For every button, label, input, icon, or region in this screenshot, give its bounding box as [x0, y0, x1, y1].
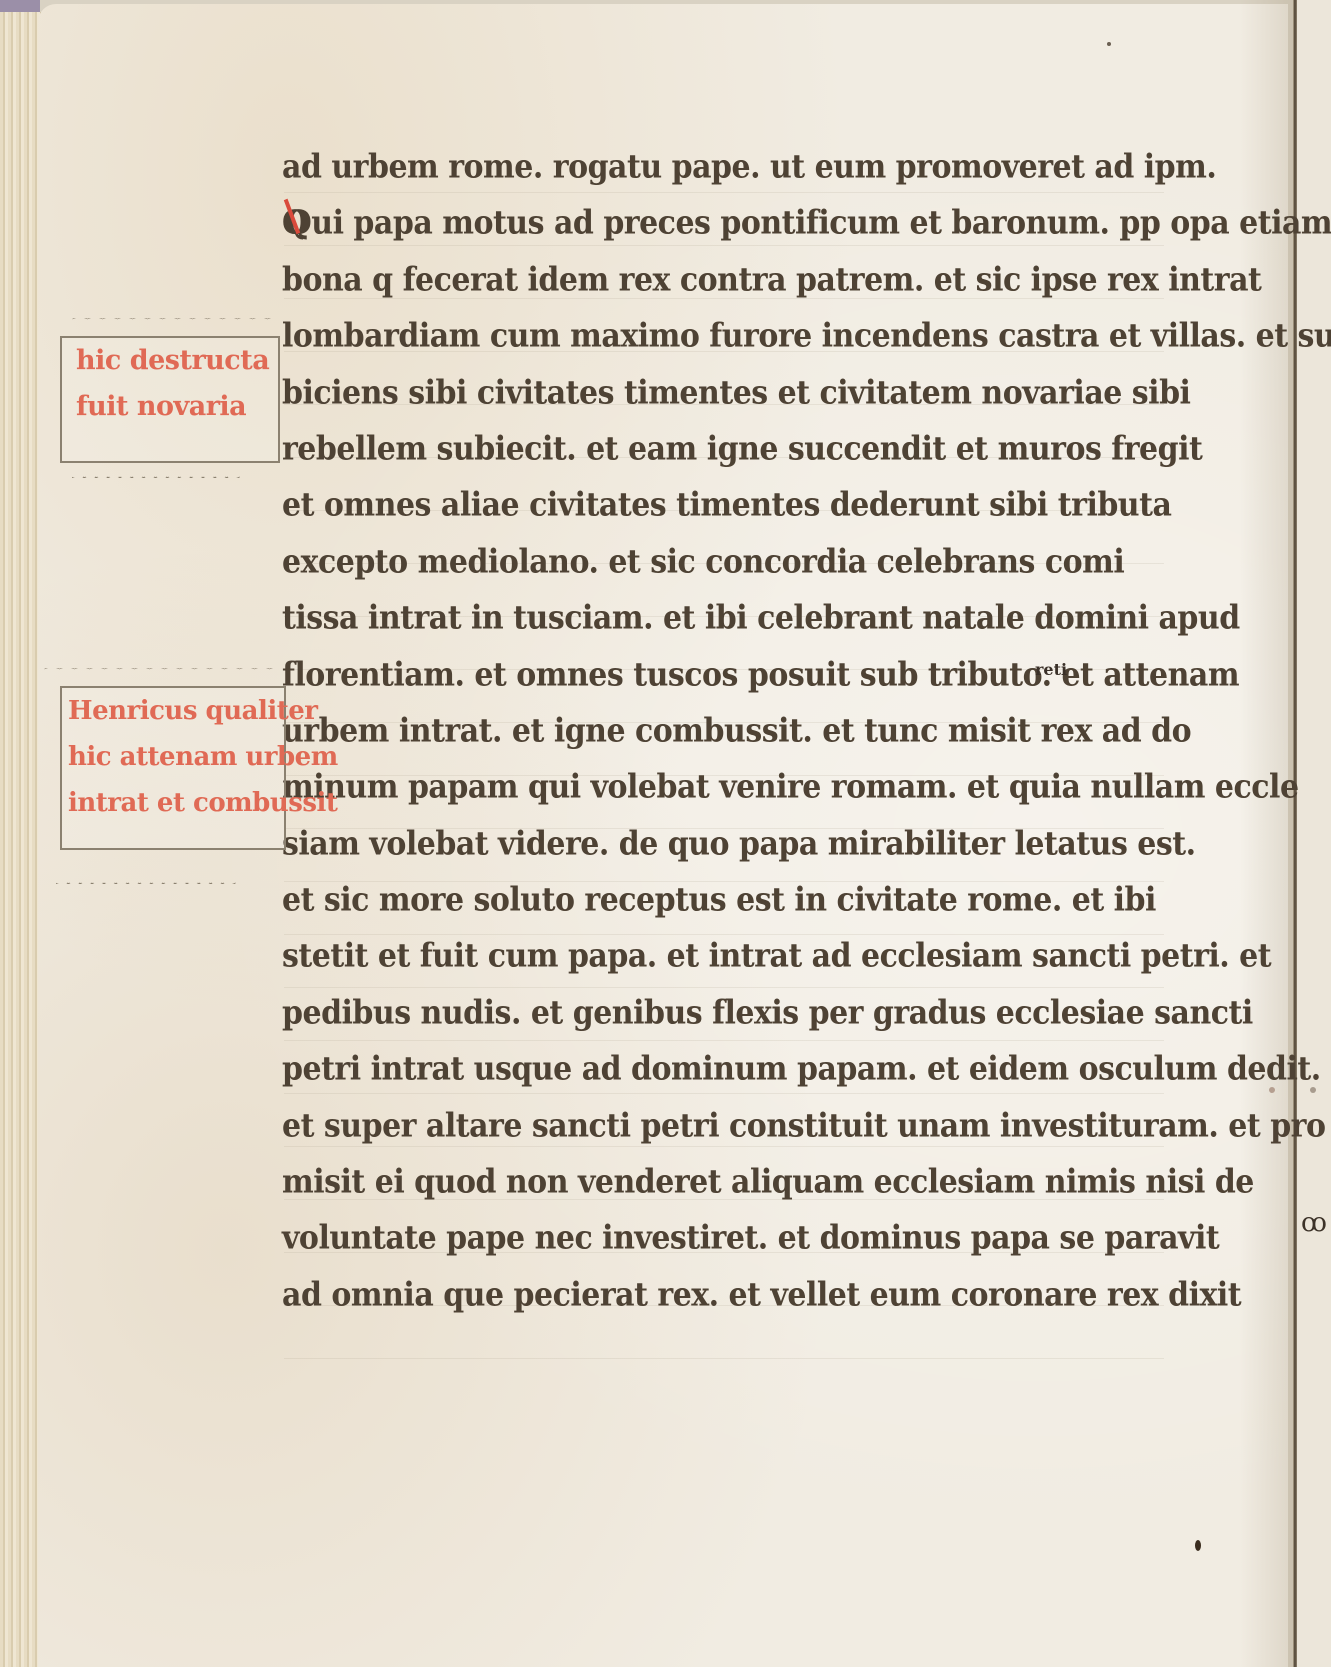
- text-line: minum papam qui volebat venire romam. et…: [282, 758, 1182, 819]
- ink-spot: [1195, 1540, 1201, 1551]
- interlinear-gloss: reti: [1035, 660, 1067, 679]
- text-line: excepto mediolano. et sic concordia cele…: [282, 532, 1182, 593]
- text-line: petri intrat usque ad dominum papam. et …: [282, 1040, 1182, 1101]
- decorative-scallop-border: ⌒⌒⌒⌒⌒⌒⌒⌒⌒⌒⌒⌒⌒⌒⌒⌒: [44, 668, 274, 682]
- marginal-rubric-box: Henricus qualiter hic attenam urbem intr…: [60, 686, 286, 850]
- page-stack-edge: [0, 12, 41, 1667]
- text-line: tissa intrat in tusciam. et ibi celebran…: [282, 589, 1182, 650]
- text-line: rebellem subiecit. et eam igne succendit…: [282, 420, 1182, 481]
- rubric-text-line: hic destructa: [62, 338, 278, 384]
- text-line: pedibus nudis. et genibus flexis per gra…: [282, 984, 1182, 1045]
- text-line: ad omnia que pecierat rex. et vellet eum…: [282, 1266, 1182, 1327]
- rubric-text-line: hic attenam urbem: [62, 734, 284, 780]
- rubric-text-line: fuit novaria: [62, 384, 278, 430]
- rubric-text-line: intrat et combussit: [62, 780, 284, 826]
- text-line: misit ei quod non venderet aliquam eccle…: [282, 1153, 1182, 1214]
- text-line: stetit et fuit cum papa. et intrat ad ec…: [282, 927, 1182, 988]
- text-line: siam volebat videre. de quo papa mirabil…: [282, 814, 1182, 875]
- text-line: urbem intrat. et igne combussit. et tunc…: [282, 702, 1182, 763]
- text-line: biciens sibi civitates timentes et civit…: [282, 363, 1182, 424]
- main-text-block: ad urbem rome. rogatu pape. ut eum promo…: [282, 140, 1182, 1324]
- text-line: bona q fecerat idem rex contra patrem. e…: [282, 251, 1182, 312]
- text-line: et omnes aliae civitates timentes dederu…: [282, 476, 1182, 537]
- text-line-rest: Qui papa motus ad preces pontificum et b…: [286, 205, 1331, 243]
- text-line: ad urbem rome. rogatu pape. ut eum promo…: [282, 138, 1182, 199]
- decorative-scallop-border: ⌒⌒⌒⌒⌒⌒⌒⌒⌒⌒⌒⌒⌒⌒: [72, 318, 272, 332]
- text-line: lombardiam cum maximo furore incendens c…: [282, 307, 1182, 368]
- text-line: voluntate pape nec investiret. et dominu…: [282, 1209, 1182, 1270]
- ink-spot: [1107, 42, 1111, 46]
- text-line: QQui papa motus ad preces pontificum et …: [282, 194, 1182, 255]
- decorative-scallop-border: ‿‿‿‿‿‿‿‿‿‿‿‿‿‿: [72, 464, 272, 478]
- rubricated-initial: Q: [282, 194, 308, 254]
- facing-page-doodle: ꝏ: [1301, 1203, 1331, 1243]
- marginal-rubric-box: hic destructa fuit novaria: [60, 336, 280, 463]
- gutter-shadow: [1240, 0, 1293, 1667]
- text-line: et super altare sancti petri constituit …: [282, 1096, 1182, 1157]
- rubric-text-line: Henricus qualiter: [62, 688, 284, 734]
- decorative-scallop-border: ‿‿‿‿‿‿‿‿‿‿‿‿‿‿‿: [56, 870, 276, 884]
- manuscript-spread: ꝏ ad urbem rome. rogatu pape. ut eum pro…: [0, 0, 1331, 1667]
- text-line: et sic more soluto receptus est in civit…: [282, 871, 1182, 932]
- facing-page-edge: [1297, 0, 1331, 1667]
